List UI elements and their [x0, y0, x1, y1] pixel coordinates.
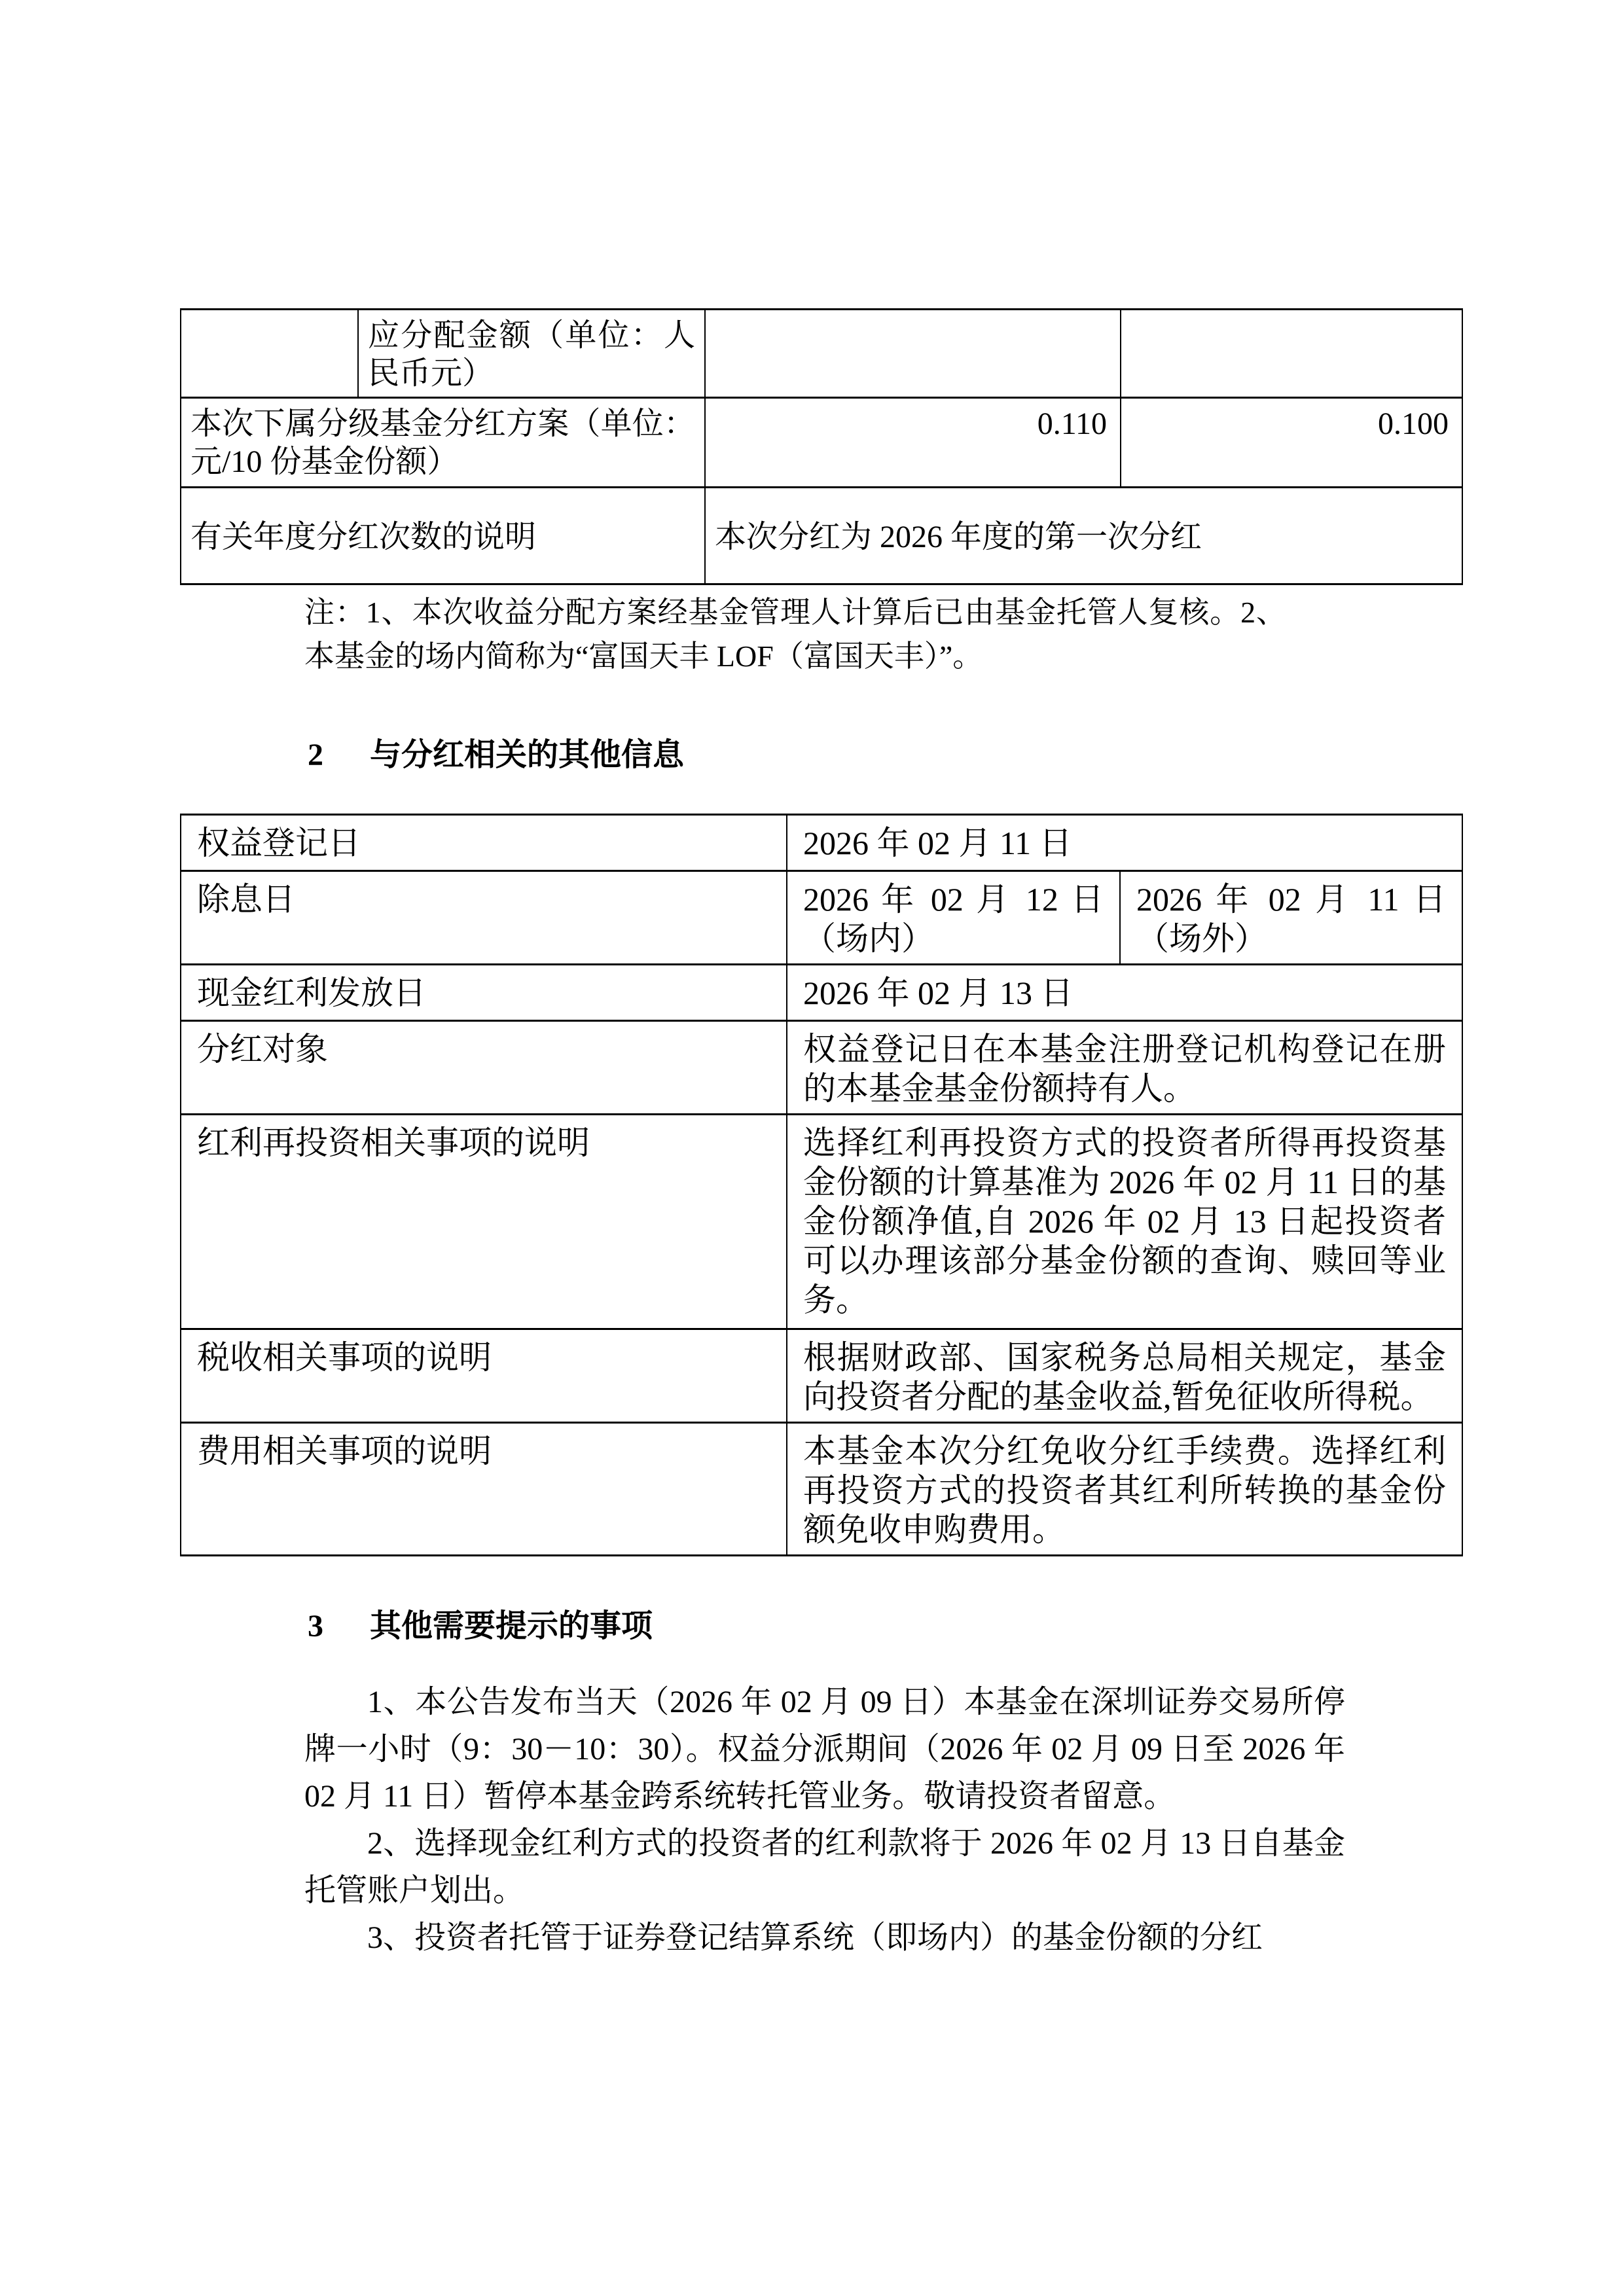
- cell-payment-date-label: 现金红利发放日: [181, 965, 787, 1021]
- table-row-ex-dividend-date: 除息日 2026 年 02 月 12 日（场内） 2026 年 02 月 11 …: [181, 871, 1462, 965]
- cell-fees-value: 本基金本次分红免收分红手续费。选择红利再投资方式的投资者其红利所转换的基金份额免…: [787, 1423, 1462, 1556]
- cell-ex-date-offmarket: 2026 年 02 月 11 日（场外）: [1120, 871, 1462, 965]
- section-3-title: 其他需要提示的事项: [370, 1609, 653, 1643]
- cell-amount-value-a: [705, 310, 1121, 398]
- cell-times-label: 有关年度分红次数的说明: [181, 488, 705, 584]
- paragraph-1: 1、本公告发布当天（2026 年 02 月 09 日）本基金在深圳证券交易所停牌…: [304, 1679, 1345, 1820]
- table-row-reinvestment: 红利再投资相关事项的说明 选择红利再投资方式的投资者所得再投资基金份额的计算基准…: [181, 1115, 1462, 1329]
- section-2-number: 2: [308, 737, 370, 773]
- table-row-record-date: 权益登记日 2026 年 02 月 11 日: [181, 815, 1462, 871]
- announcement-page: 应分配金额（单位：人民币元） 本次下属分级基金分红方案（单位：元/10 份基金份…: [0, 0, 1624, 2296]
- dividend-scheme-table: 应分配金额（单位：人民币元） 本次下属分级基金分红方案（单位：元/10 份基金份…: [180, 308, 1463, 585]
- other-notes-block: 1、本公告发布当天（2026 年 02 月 09 日）本基金在深圳证券交易所停牌…: [304, 1679, 1345, 1962]
- dividend-info-table: 权益登记日 2026 年 02 月 11 日 除息日 2026 年 02 月 1…: [180, 814, 1463, 1556]
- note-paragraph: 注：1、本次收益分配方案经基金管理人计算后已由基金托管人复核。2、本基金的场内简…: [304, 590, 1286, 678]
- cell-ex-date-onmarket: 2026 年 02 月 12 日（场内）: [787, 871, 1120, 965]
- cell-record-date-value: 2026 年 02 月 11 日: [787, 815, 1462, 871]
- table-row-scheme: 本次下属分级基金分红方案（单位：元/10 份基金份额） 0.110 0.100: [181, 398, 1462, 488]
- cell-scheme-label: 本次下属分级基金分红方案（单位：元/10 份基金份额）: [181, 398, 705, 488]
- cell-ex-date-label: 除息日: [181, 871, 787, 965]
- section-2-heading: 2与分红相关的其他信息: [308, 729, 684, 774]
- cell-scheme-value-b: 0.100: [1121, 398, 1462, 488]
- cell-payment-date-value: 2026 年 02 月 13 日: [787, 965, 1462, 1021]
- cell-amount-label: 应分配金额（单位：人民币元）: [358, 310, 705, 398]
- paragraph-3: 3、投资者托管于证券登记结算系统（即场内）的基金份额的分红: [304, 1914, 1345, 1962]
- cell-tax-value: 根据财政部、国家税务总局相关规定，基金向投资者分配的基金收益,暂免征收所得税。: [787, 1329, 1462, 1423]
- section-3-heading: 3其他需要提示的事项: [308, 1600, 653, 1645]
- cell-reinvestment-value: 选择红利再投资方式的投资者所得再投资基金份额的计算基准为 2026 年 02 月…: [787, 1115, 1462, 1329]
- cell-reinvestment-label: 红利再投资相关事项的说明: [181, 1115, 787, 1329]
- cell-fees-label: 费用相关事项的说明: [181, 1423, 787, 1556]
- cell-scheme-value-a: 0.110: [705, 398, 1121, 488]
- section-2-title: 与分红相关的其他信息: [370, 738, 684, 772]
- table-row-dividend-times: 有关年度分红次数的说明 本次分红为 2026 年度的第一次分红: [181, 488, 1462, 584]
- cell-target-label: 分红对象: [181, 1021, 787, 1115]
- table-row-cash-payment-date: 现金红利发放日 2026 年 02 月 13 日: [181, 965, 1462, 1021]
- cell-times-value: 本次分红为 2026 年度的第一次分红: [705, 488, 1462, 584]
- table-row-tax: 税收相关事项的说明 根据财政部、国家税务总局相关规定，基金向投资者分配的基金收益…: [181, 1329, 1462, 1423]
- cell-tax-label: 税收相关事项的说明: [181, 1329, 787, 1423]
- cell-target-value: 权益登记日在本基金注册登记机构登记在册的本基金基金份额持有人。: [787, 1021, 1462, 1115]
- cell-record-date-label: 权益登记日: [181, 815, 787, 871]
- paragraph-2: 2、选择现金红利方式的投资者的红利款将于 2026 年 02 月 13 日自基金…: [304, 1820, 1345, 1914]
- section-3-number: 3: [308, 1608, 370, 1644]
- cell-amount-blank: [181, 310, 358, 398]
- cell-amount-value-b: [1121, 310, 1462, 398]
- table-row-dividend-target: 分红对象 权益登记日在本基金注册登记机构登记在册的本基金基金份额持有人。: [181, 1021, 1462, 1115]
- table-row-fees: 费用相关事项的说明 本基金本次分红免收分红手续费。选择红利再投资方式的投资者其红…: [181, 1423, 1462, 1556]
- table-row-amount: 应分配金额（单位：人民币元）: [181, 310, 1462, 398]
